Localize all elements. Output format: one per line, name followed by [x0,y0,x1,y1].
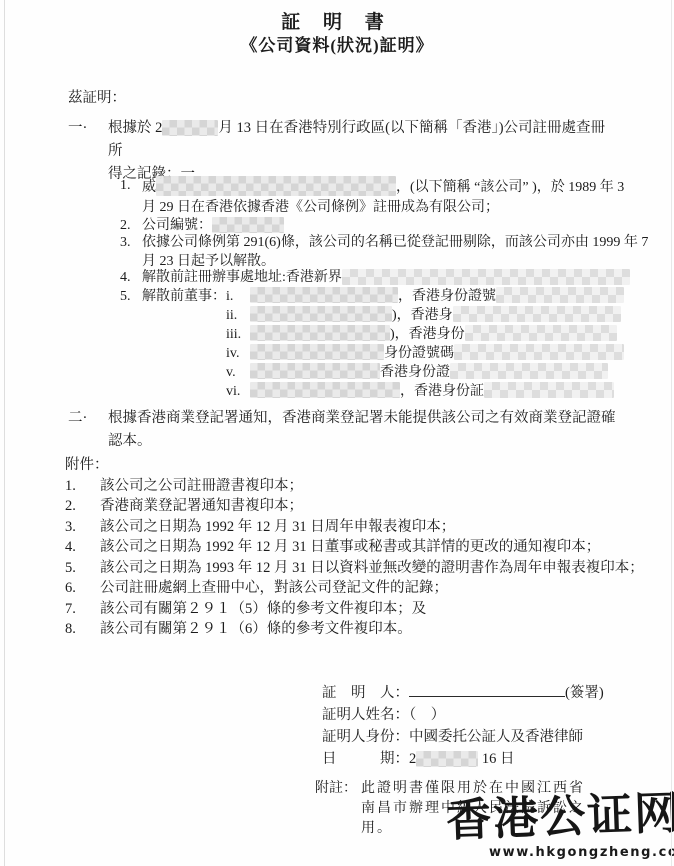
attachment-text: 該公司之日期為 1992 年 12 月 31 日周年申報表複印本； [100,517,455,538]
section-two: 二· 根據香港商業登記署通知，香港商業登記署未能提供該公司之有效商業登記證確認本… [68,407,628,453]
director-row: iii.)，香港身份 [226,325,660,344]
company-name-fragment: 威 [142,180,156,195]
attachment-row: 2.香港商業登記署通知書複印本； [65,496,645,517]
certifier-label: 証 明 人： [322,685,409,701]
attachment-text: 香港商業登記署通知書複印本； [100,496,303,517]
certifier-row: 証 明 人：(簽署) [322,682,652,704]
list-item-3: 3. 依據公司條例第 291(6)條，該公司的名稱已從登記冊剔除，而該公司亦由 … [120,233,660,271]
list-item-1: 1. 威，(以下簡稱 “該公司” )，於 1989 年 3月 29 日在香港依據… [120,176,660,218]
attachment-text: 該公司之公司註冊證書複印本； [100,476,303,497]
director-index: ii. [226,306,250,325]
footnote-line3: 用。 [361,821,393,836]
director-index: iv. [226,344,250,363]
doc-subtitle: 《公司資料(狀況)証明》 [0,31,674,56]
certifier-name-label: 証明人姓名： [322,707,409,723]
redaction-block [250,344,384,360]
attachment-number: 2. [65,496,100,517]
watermark-logo: 香港公证网 [445,776,674,849]
director-row: i.，香港身份證號 [226,287,660,306]
section-two-marker: 二· [68,407,108,453]
section-one-line1-pre: 根據於 2 [108,120,162,136]
attachment-row: 5.該公司之日期為 1993 年 12 月 31 日以資料並無改變的證明書作為周… [65,558,645,579]
redaction-block [453,306,621,322]
attachment-text: 該公司之日期為 1992 年 12 月 31 日董事或秘書或其詳情的更改的通知複… [100,537,600,558]
attachment-row: 6.公司註冊處網上查冊中心，對該公司登記文件的記錄； [65,578,645,599]
doc-title: 証 明 書 [0,7,674,34]
redaction-block [212,217,284,233]
attachment-row: 8.該公司有關第２９１（6）條的參考文件複印本。 [65,619,645,640]
director-text-fragment: )，香港身份 [390,325,465,344]
attachment-number: 7. [65,599,100,620]
date-post: 16 日 [482,751,515,767]
attachment-text: 該公司有關第２９１（6）條的參考文件複印本。 [100,619,412,640]
item-text: 解散前註冊辦事處地址:香港新界 [142,268,660,288]
director-text-fragment: 香港身份證 [380,363,450,382]
document-page: 証 明 書 《公司資料(狀況)証明》 茲証明： 一· 根據於 2月 13 日在香… [0,0,674,866]
date-pre: 2 [409,751,416,767]
redaction-block [454,344,624,360]
date-row: 日 期：2 16 日 [322,748,652,770]
attachment-row: 3.該公司之日期為 1992 年 12 月 31 日周年申報表複印本； [65,517,645,538]
director-index: i. [226,287,250,306]
director-text-fragment: ，香港身份証 [400,382,484,401]
certifier-identity-label: 証明人身份： [322,729,409,745]
director-text-fragment: ，香港身份證號 [398,287,496,306]
date-label: 日 期： [322,751,409,767]
attachment-number: 3. [65,517,100,538]
redaction-block [250,287,398,303]
attachment-text: 公司註冊處網上查冊中心，對該公司登記文件的記錄； [100,578,448,599]
footnote-label: 附註： [315,779,361,839]
redaction-block [484,382,614,398]
redaction-block [496,287,624,303]
director-text-fragment: )，香港身 [392,306,453,325]
director-row: iv.身份證號碼 [226,344,660,363]
item-1-line2: 月 29 日在香港依據香港《公司條例》註冊成為有限公司； [142,200,499,215]
section-one-marker: 一· [68,117,108,186]
redaction-block [156,176,396,196]
redaction-block [250,306,392,322]
attachment-text: 該公司有關第２９１（5）條的參考文件複印本；及 [100,599,426,620]
redaction-block [342,269,630,285]
directors-list: i.，香港身份證號 ii.)，香港身 iii.)，香港身份 iv.身份證號碼 v… [226,287,660,401]
attachment-row: 4.該公司之日期為 1992 年 12 月 31 日董事或秘書或其詳情的更改的通… [65,537,645,558]
item-number: 3. [120,233,142,271]
attachment-number: 5. [65,558,100,579]
attachment-number: 4. [65,537,100,558]
redaction-block [250,382,400,398]
attachment-text: 該公司之日期為 1993 年 12 月 31 日以資料並無改變的證明書作為周年申… [100,558,644,579]
attachment-number: 6. [65,578,100,599]
item-number: 4. [120,268,142,288]
item-number: 5. [120,287,142,401]
sign-suffix: (簽署) [565,685,604,701]
attachments-header: 附件： [65,455,645,476]
section-two-text: 根據香港商業登記署通知，香港商業登記署未能提供該公司之有效商業登記證確認本。 [108,407,628,453]
redaction-block [250,363,380,379]
director-index: vi. [226,382,250,401]
certifier-identity-row: 証明人身份：中國委托公証人及香港律師 [322,726,652,748]
director-index: iii. [226,325,250,344]
attachment-row: 1.該公司之公司註冊證書複印本； [65,476,645,497]
watermark-url: www.hkgongzheng.com [489,845,674,860]
redaction-block [465,325,617,341]
list-item-4: 4. 解散前註冊辦事處地址:香港新界 [120,268,660,288]
item-text: 威，(以下簡稱 “該公司” )，於 1989 年 3月 29 日在香港依據香港《… [142,176,660,218]
item-number: 1. [120,176,142,218]
intro-text: 茲証明： [68,86,126,107]
list-item-5: 5. 解散前董事： i.，香港身份證號 ii.)，香港身 iii.)，香港身份 … [120,287,660,401]
item-1-line1-post: ，(以下簡稱 “該公司” )，於 1989 年 3 [396,180,624,195]
company-number-label: 公司編號： [142,218,212,233]
certifier-name-value: （ ） [409,707,445,723]
director-text-fragment: 身份證號碼 [384,344,454,363]
signature-line [409,682,565,697]
directors-label: 解散前董事： [142,287,226,401]
item-3-line1: 依據公司條例第 291(6)條，該公司的名稱已從登記冊剔除，而該公司亦由 199… [142,235,648,250]
redaction-block [450,363,608,379]
director-row: ii.)，香港身 [226,306,660,325]
attachment-number: 8. [65,619,100,640]
director-row: v.香港身份證 [226,363,660,382]
redaction-block [162,120,218,136]
certifier-identity-value: 中國委托公証人及香港律師 [409,729,583,745]
certifier-name-row: 証明人姓名：（ ） [322,704,652,726]
director-row: vi.，香港身份証 [226,382,660,401]
item-3-line2: 月 23 日起予以解散。 [142,254,275,269]
director-index: v. [226,363,250,382]
attachments-block: 附件： 1.該公司之公司註冊證書複印本； 2.香港商業登記署通知書複印本； 3.… [65,455,645,640]
attachment-row: 7.該公司有關第２９１（5）條的參考文件複印本；及 [65,599,645,620]
attachment-number: 1. [65,476,100,497]
redaction-block [416,751,478,767]
item-text: 依據公司條例第 291(6)條，該公司的名稱已從登記冊剔除，而該公司亦由 199… [142,233,660,271]
signature-block: 証 明 人：(簽署) 証明人姓名：（ ） 証明人身份：中國委托公証人及香港律師 … [322,682,652,770]
address-label: 解散前註冊辦事處地址:香港新界 [142,270,342,285]
redaction-block [250,325,390,341]
